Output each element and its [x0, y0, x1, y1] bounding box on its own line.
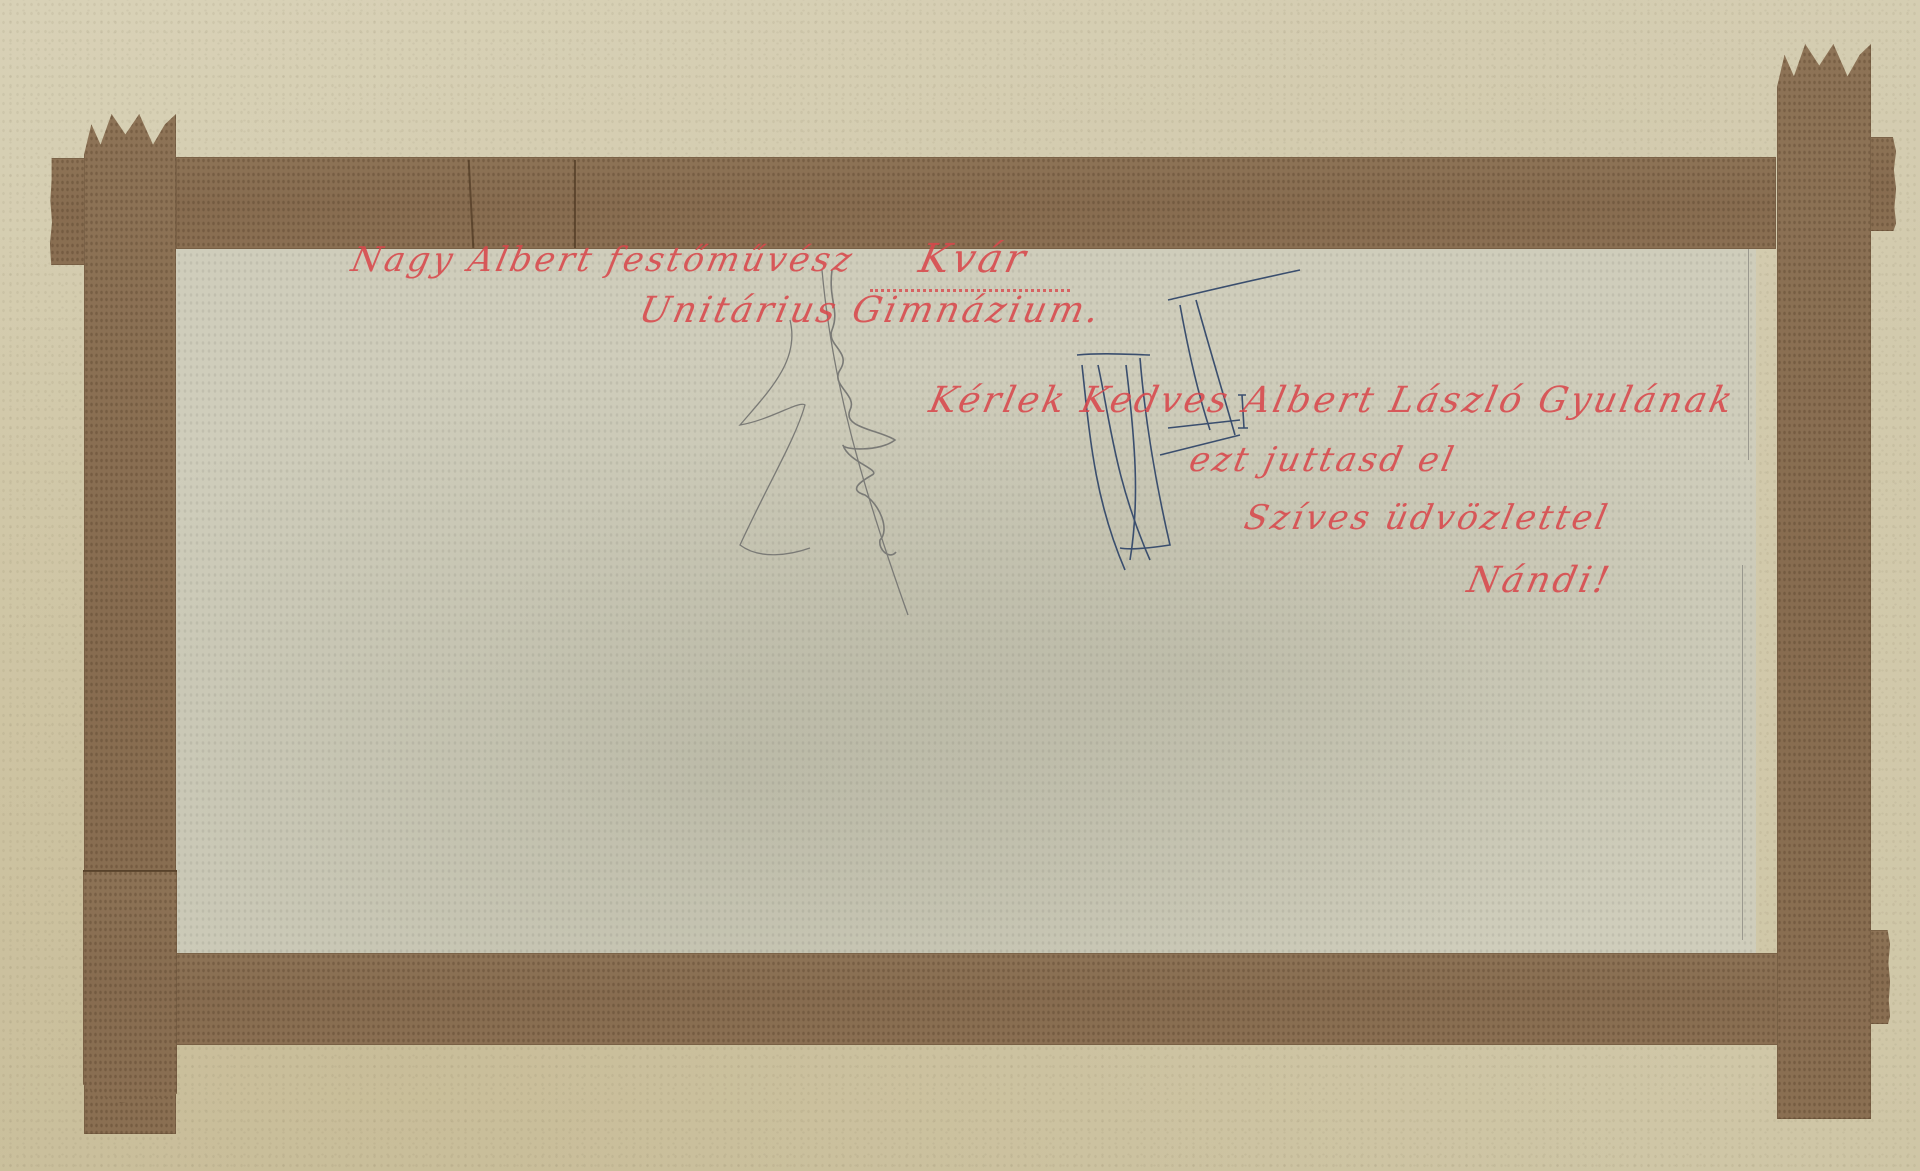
inscription-line1-right: Kvár [915, 236, 1032, 282]
inscription-line2: Unitárius Gimnázium. [636, 290, 1106, 331]
inscription-line1-left: Nagy Albert festőművész [348, 240, 858, 280]
inscription-line4: ezt juttasd el [1186, 440, 1460, 480]
inscription-line3: Kérlek Kedves Albert László Gyulának [926, 380, 1739, 421]
inscription-line5: Szíves üdvözlettel [1241, 498, 1614, 538]
blue-pen-sketch [0, 0, 1920, 1171]
inscription-signature: Nándi! [1464, 560, 1616, 601]
